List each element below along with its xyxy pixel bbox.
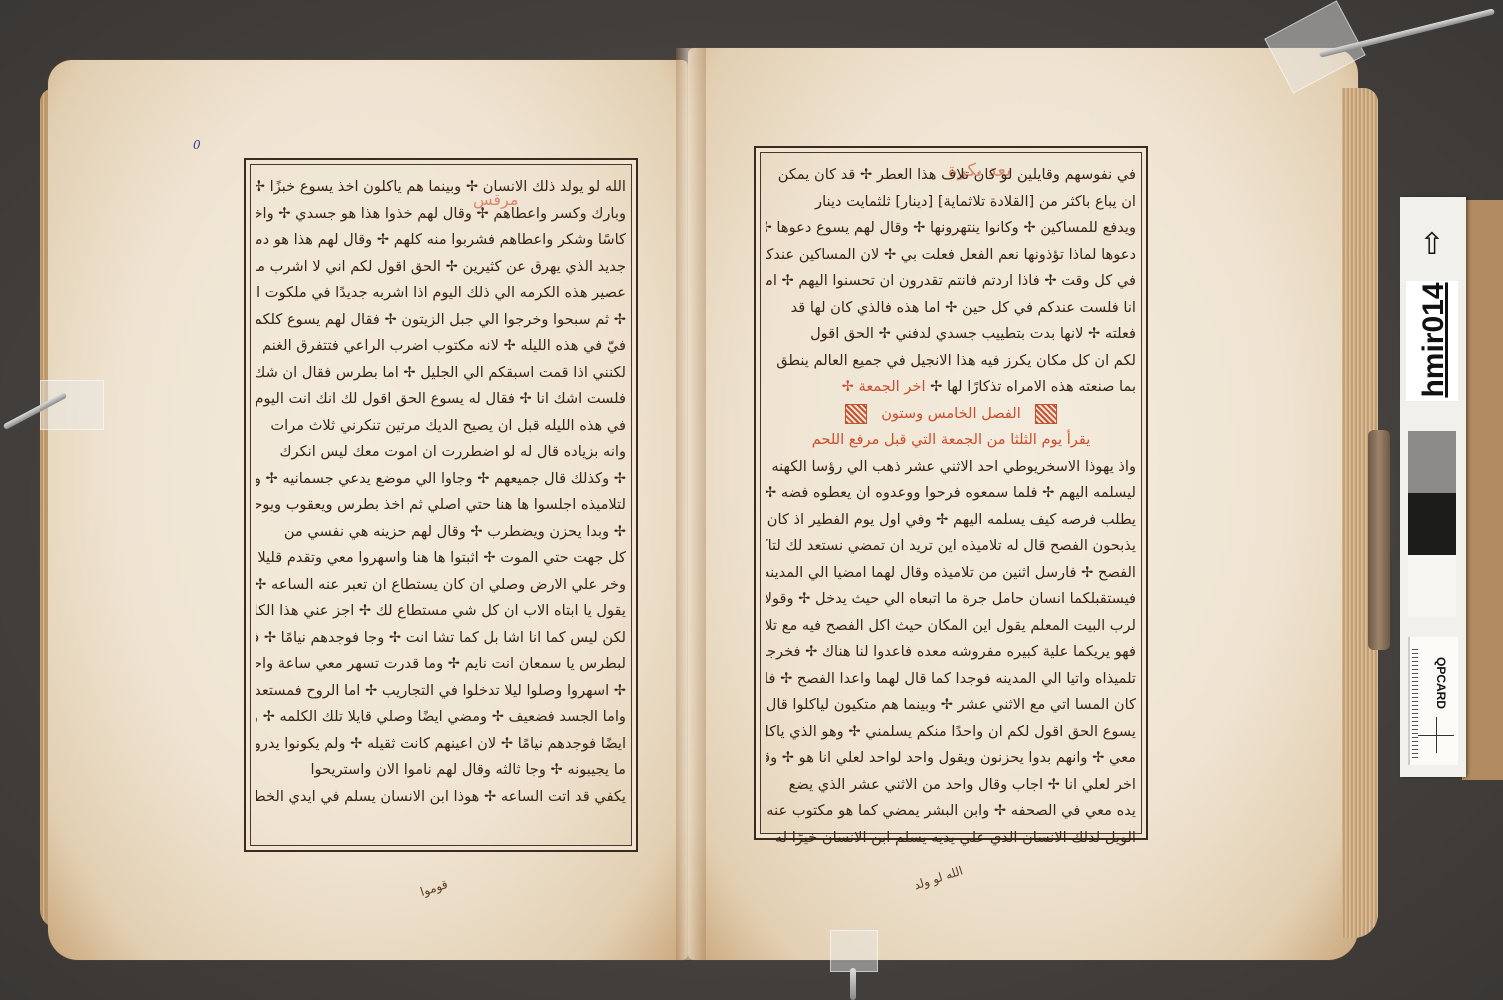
up-arrow-icon: ⇧ xyxy=(1414,225,1450,265)
ornament-icon xyxy=(1035,404,1057,424)
text-line: ليسلمه اليهم ✢ فلما سمعوه فرحوا ووعدوه ا… xyxy=(766,480,1136,507)
end-of-reading-marker: اخر الجمعة ✢ xyxy=(842,378,926,395)
text-line: وانه بزياده قال له لو اضطررت ان اموت معك… xyxy=(256,439,626,466)
ruler-ticks xyxy=(1412,649,1418,759)
text-line: الويل لذلك الانسان الذي علي يديه يسلم اب… xyxy=(766,825,1136,852)
text-line: ان يباع باكثر من [القلادة تلاثماية] [دين… xyxy=(766,189,1136,216)
black-patch xyxy=(1408,493,1456,555)
bottom-clip xyxy=(825,930,885,1000)
text-line: كان المسا اتي مع الاثني عشر ✢ وبينما هم … xyxy=(766,692,1136,719)
text-line: يطلب فرصه كيف يسلمه اليهم ✢ وفي اول يوم … xyxy=(766,507,1136,534)
text-line: ✢ وكذلك قال جميعهم ✢ وجاوا الي موضع يدعي… xyxy=(256,466,626,493)
left-clip xyxy=(0,370,110,440)
left-text-block: الله لو يولد ذلك الانسان ✢ وبينما هم ياك… xyxy=(256,174,626,836)
gray-patch xyxy=(1408,431,1456,493)
text-line: جديد الذي يهرق عن كثيرين ✢ الحق اقول لكم… xyxy=(256,254,626,281)
color-calibration-card: ⇧ hmir014 QPCARD xyxy=(1400,197,1466,777)
text-line: لكم ان كل مكان يكرز فيه هذا الانجيل في ج… xyxy=(766,348,1136,375)
text-line: كاسًا وشكر واعطاهم فشربوا منه كلهم ✢ وقا… xyxy=(256,227,626,254)
text-line: فيستقبلكما انسان حامل جرة ما اتبعاه الي … xyxy=(766,586,1136,613)
text-line: واما الجسد فضعيف ✢ ومضي ايضًا وصلي قايلا… xyxy=(256,704,626,731)
ornament-icon xyxy=(845,404,867,424)
text-line: واذ يهوذا الاسخريوطي احد الاثني عشر ذهب … xyxy=(766,454,1136,481)
shelfmark-label: hmir014 xyxy=(1406,281,1458,401)
film-tab xyxy=(830,930,878,972)
text-line: تلميذاه واتيا الي المدينه فوجدا كما قال … xyxy=(766,666,1136,693)
text-line: لكنني اذا قمت اسبقكم الي الجليل ✢ اما بط… xyxy=(256,360,626,387)
text-line: وبارك وكسر واعطاهم ✢ وقال لهم خذوا هذا ه… xyxy=(256,201,626,228)
rubric-reading-note: يقرأ يوم الثلثا من الجمعة التي قبل مرفع … xyxy=(766,427,1136,454)
right-text-frame: في نفوسهم وقايلين لو كان تلاف هذا العطر … xyxy=(754,146,1148,840)
book-gutter xyxy=(676,48,706,960)
text-line: يكفي قد اتت الساعه ✢ هوذا ابن الانسان يس… xyxy=(256,784,626,811)
text-line: معي ✢ وانهم بدوا يحزنون ويقول واحد لواحد… xyxy=(766,745,1136,772)
text-line: كل جهت حتي الموت ✢ اثبتوا ها هنا واسهروا… xyxy=(256,545,626,572)
text-line: ويدفع للمساكين ✢ وكانوا ينتهرونها ✢ وقال… xyxy=(766,215,1136,242)
text-line: ايضًا فوجدهم نيامًا ✢ لان اعينهم كانت ثق… xyxy=(256,731,626,758)
chapter-title: الفصل الخامس وستون xyxy=(881,405,1021,422)
text-line: فلست اشك انا ✢ فقال له يسوع الحق اقول لك… xyxy=(256,386,626,413)
text-line: بما صنعته هذه الامراه تذكارًا لها ✢ اخر … xyxy=(766,374,1136,401)
text-line: وخر علي الارض وصلي ان كان يستطاع ان تعبر… xyxy=(256,572,626,599)
text-line: ✢ ثم سبحوا وخرجوا الي جبل الزيتون ✢ فقال… xyxy=(256,307,626,334)
text-line: يقول يا ابتاه الاب ان كل شي مستطاع لك ✢ … xyxy=(256,598,626,625)
white-patch xyxy=(1408,555,1456,617)
text-line: لتلاميذه اجلسوا ها هنا حتي اصلي ثم اخذ ب… xyxy=(256,492,626,519)
qpcard-scale: QPCARD xyxy=(1408,637,1458,765)
text-line: عصير هذه الكرمه الي ذلك اليوم اذا اشربه … xyxy=(256,280,626,307)
open-manuscript: 0 مرقس بعد بكرة الله لو يولد ذلك الانسان… xyxy=(48,48,1358,968)
text-line: الله لو يولد ذلك الانسان ✢ وبينما هم ياك… xyxy=(256,174,626,201)
text-line: انا فلست عندكم في كل حين ✢ اما هذه فالذي… xyxy=(766,295,1136,322)
text-line: لبطرس يا سمعان انت نايم ✢ وما قدرت تسهر … xyxy=(256,651,626,678)
cardboard-backing xyxy=(1462,200,1503,780)
text-line: لكن ليس كما انا اشا بل كما تشا انت ✢ وجا… xyxy=(256,625,626,652)
text-line-content: بما صنعته هذه الامراه تذكارًا لها ✢ xyxy=(930,378,1136,395)
text-line: الفصح ✢ فارسل اثنين من تلاميذه وقال لهما… xyxy=(766,560,1136,587)
text-line: في نفوسهم وقايلين لو كان تلاف هذا العطر … xyxy=(766,162,1136,189)
pencil-foliation-mark: 0 xyxy=(193,138,201,152)
text-line: فهو يريكما علية كبيره مفروشه معده فاعدوا… xyxy=(766,639,1136,666)
qpcard-logo: QPCARD xyxy=(1434,657,1448,717)
rubric-chapter-line: الفصل الخامس وستون xyxy=(766,401,1136,428)
text-line: ✢ اسهروا وصلوا ليلا تدخلوا في التجاريب ✢… xyxy=(256,678,626,705)
left-text-frame: الله لو يولد ذلك الانسان ✢ وبينما هم ياك… xyxy=(244,158,638,852)
text-line: يده معي في الصحفه ✢ وابن البشر يمضي كما … xyxy=(766,798,1136,825)
text-line: لرب البيت المعلم يقول اين المكان حيث اكل… xyxy=(766,613,1136,640)
text-line: يسوع الحق اقول لكم ان واحدًا منكم يسلمني… xyxy=(766,719,1136,746)
text-line: ما يجيبونه ✢ وجا ثالثه وقال لهم ناموا ال… xyxy=(256,757,626,784)
text-line: دعوها لماذا تؤذونها نعم الفعل فعلت بي ✢ … xyxy=(766,242,1136,269)
text-line: في هذه الليله قبل ان يصيح الديك مرتين تن… xyxy=(256,413,626,440)
text-line: اخر لعلي انا ✢ اجاب وقال واحد من الاثني … xyxy=(766,772,1136,799)
text-line: في كل وقت ✢ فاذا اردتم فانتم تقدرون ان ت… xyxy=(766,268,1136,295)
loose-spine-fragment xyxy=(1368,430,1390,650)
text-line: يذبحون الفصح قال له تلاميذه اين تريد ان … xyxy=(766,533,1136,560)
right-text-block: في نفوسهم وقايلين لو كان تلاف هذا العطر … xyxy=(766,162,1136,824)
text-line: فعلته ✢ لانها بدت بتطييب جسدي لدفني ✢ ال… xyxy=(766,321,1136,348)
clip-arm xyxy=(850,968,856,1000)
crosshair-icon xyxy=(1436,717,1437,753)
shelfmark-text: hmir014 xyxy=(1417,280,1451,400)
text-line: ✢ وبدا يحزن ويضطرب ✢ وقال لهم حزينه هي ن… xyxy=(256,519,626,546)
top-right-clip xyxy=(1262,8,1502,88)
text-line: فيّ في هذه الليله ✢ لانه مكتوب اضرب الرا… xyxy=(256,333,626,360)
